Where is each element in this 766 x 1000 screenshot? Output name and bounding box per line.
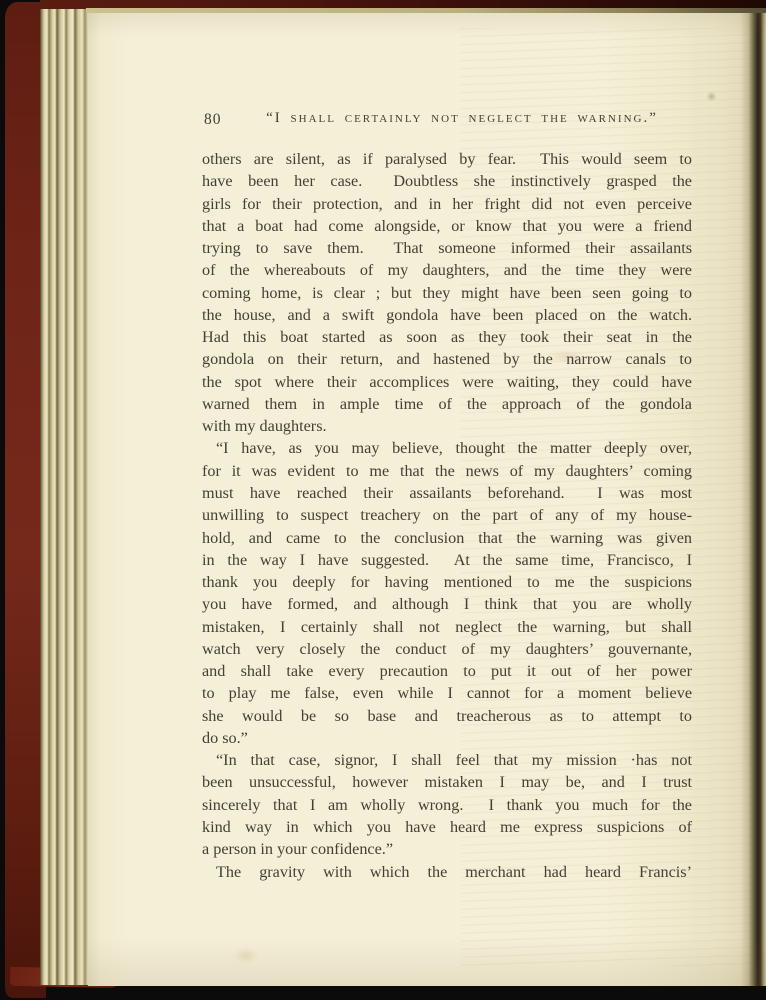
text-line: thank you deeply for having mentioned to…: [202, 571, 692, 593]
page-body: others are silent, as if paralysed by fe…: [202, 148, 692, 883]
text-line: and shall take every precaution to put i…: [202, 660, 692, 682]
book-scan-scene: 80 “I shall certainly not neglect the wa…: [0, 0, 766, 1000]
text-line: been unsuccessful, however mistaken I ma…: [202, 771, 692, 793]
text-line: unwilling to suspect treachery on the pa…: [202, 504, 692, 526]
text-line: for it was evident to me that the news o…: [202, 460, 692, 482]
text-line: gondola on their return, and hastened by…: [202, 348, 692, 370]
text-line: you have formed, and although I think th…: [202, 593, 692, 615]
text-line: others are silent, as if paralysed by fe…: [202, 148, 692, 170]
text-line: do so.”: [202, 727, 692, 749]
text-line: the house, and a swift gondola have been…: [202, 304, 692, 326]
text-line: girls for their protection, and in her f…: [202, 193, 692, 215]
text-line: have been her case. Doubtless she instin…: [202, 170, 692, 192]
page-number: 80: [204, 111, 222, 129]
text-line: trying to save them. That someone inform…: [202, 237, 692, 259]
text-line: watch very closely the conduct of my dau…: [202, 638, 692, 660]
text-block: 80 “I shall certainly not neglect the wa…: [202, 110, 692, 883]
running-header: 80 “I shall certainly not neglect the wa…: [202, 110, 692, 132]
stacked-page-edges: [40, 7, 90, 985]
text-line: Had this boat started as soon as they to…: [202, 326, 692, 348]
text-line: kind way in which you have heard me expr…: [202, 816, 692, 838]
running-title: “I shall certainly not neglect the warni…: [202, 110, 692, 127]
text-line: must have reached their assailants befor…: [202, 482, 692, 504]
text-line: to play me false, even while I cannot fo…: [202, 682, 692, 704]
text-line: in the way I have suggested. At the same…: [202, 549, 692, 571]
text-line: a person in your confidence.”: [202, 838, 692, 860]
text-line: sincerely that I am wholly wrong. I than…: [202, 794, 692, 816]
text-line: the spot where their accomplices were wa…: [202, 371, 692, 393]
text-line: mistaken, I certainly shall not neglect …: [202, 616, 692, 638]
page-top-edge: [86, 8, 766, 13]
text-line: “I have, as you may believe, thought the…: [202, 437, 692, 459]
text-line: hold, and came to the conclusion that th…: [202, 527, 692, 549]
text-line: of the whereabouts of my daughters, and …: [202, 259, 692, 281]
text-line: with my daughters.: [202, 415, 692, 437]
text-line: coming home, is clear ; but they might h…: [202, 282, 692, 304]
ink-dot-artifact: [706, 92, 717, 101]
text-line: The gravity with which the merchant had …: [202, 861, 692, 883]
text-line: “In that case, signor, I shall feel that…: [202, 749, 692, 771]
paper-stain-artifact: [234, 948, 258, 963]
text-line: that a boat had come alongside, or know …: [202, 215, 692, 237]
text-line: warned them in ample time of the approac…: [202, 393, 692, 415]
text-line: she would be so base and treacherous as …: [202, 705, 692, 727]
